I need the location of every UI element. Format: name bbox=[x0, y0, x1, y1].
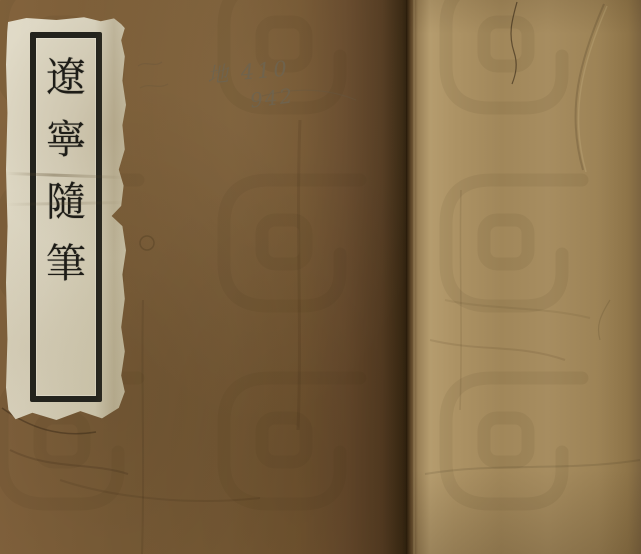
label-title-vertical: 遼 寧 隨 筆 bbox=[36, 46, 96, 288]
call-number-line2: 942 bbox=[249, 83, 296, 112]
spine-title-label: 遼 寧 隨 筆 bbox=[6, 16, 126, 420]
title-char-4: 筆 bbox=[46, 232, 86, 288]
book-cover-scan: 遼 寧 隨 筆 地 410 942 bbox=[0, 0, 641, 554]
label-border-frame: 遼 寧 隨 筆 bbox=[30, 32, 102, 402]
call-number-line1: 地 410 bbox=[206, 52, 291, 89]
call-number: 地 410 942 bbox=[200, 52, 330, 122]
title-char-2: 寧 bbox=[46, 108, 86, 164]
title-char-1: 遼 bbox=[46, 46, 86, 102]
title-char-3: 隨 bbox=[46, 170, 86, 226]
